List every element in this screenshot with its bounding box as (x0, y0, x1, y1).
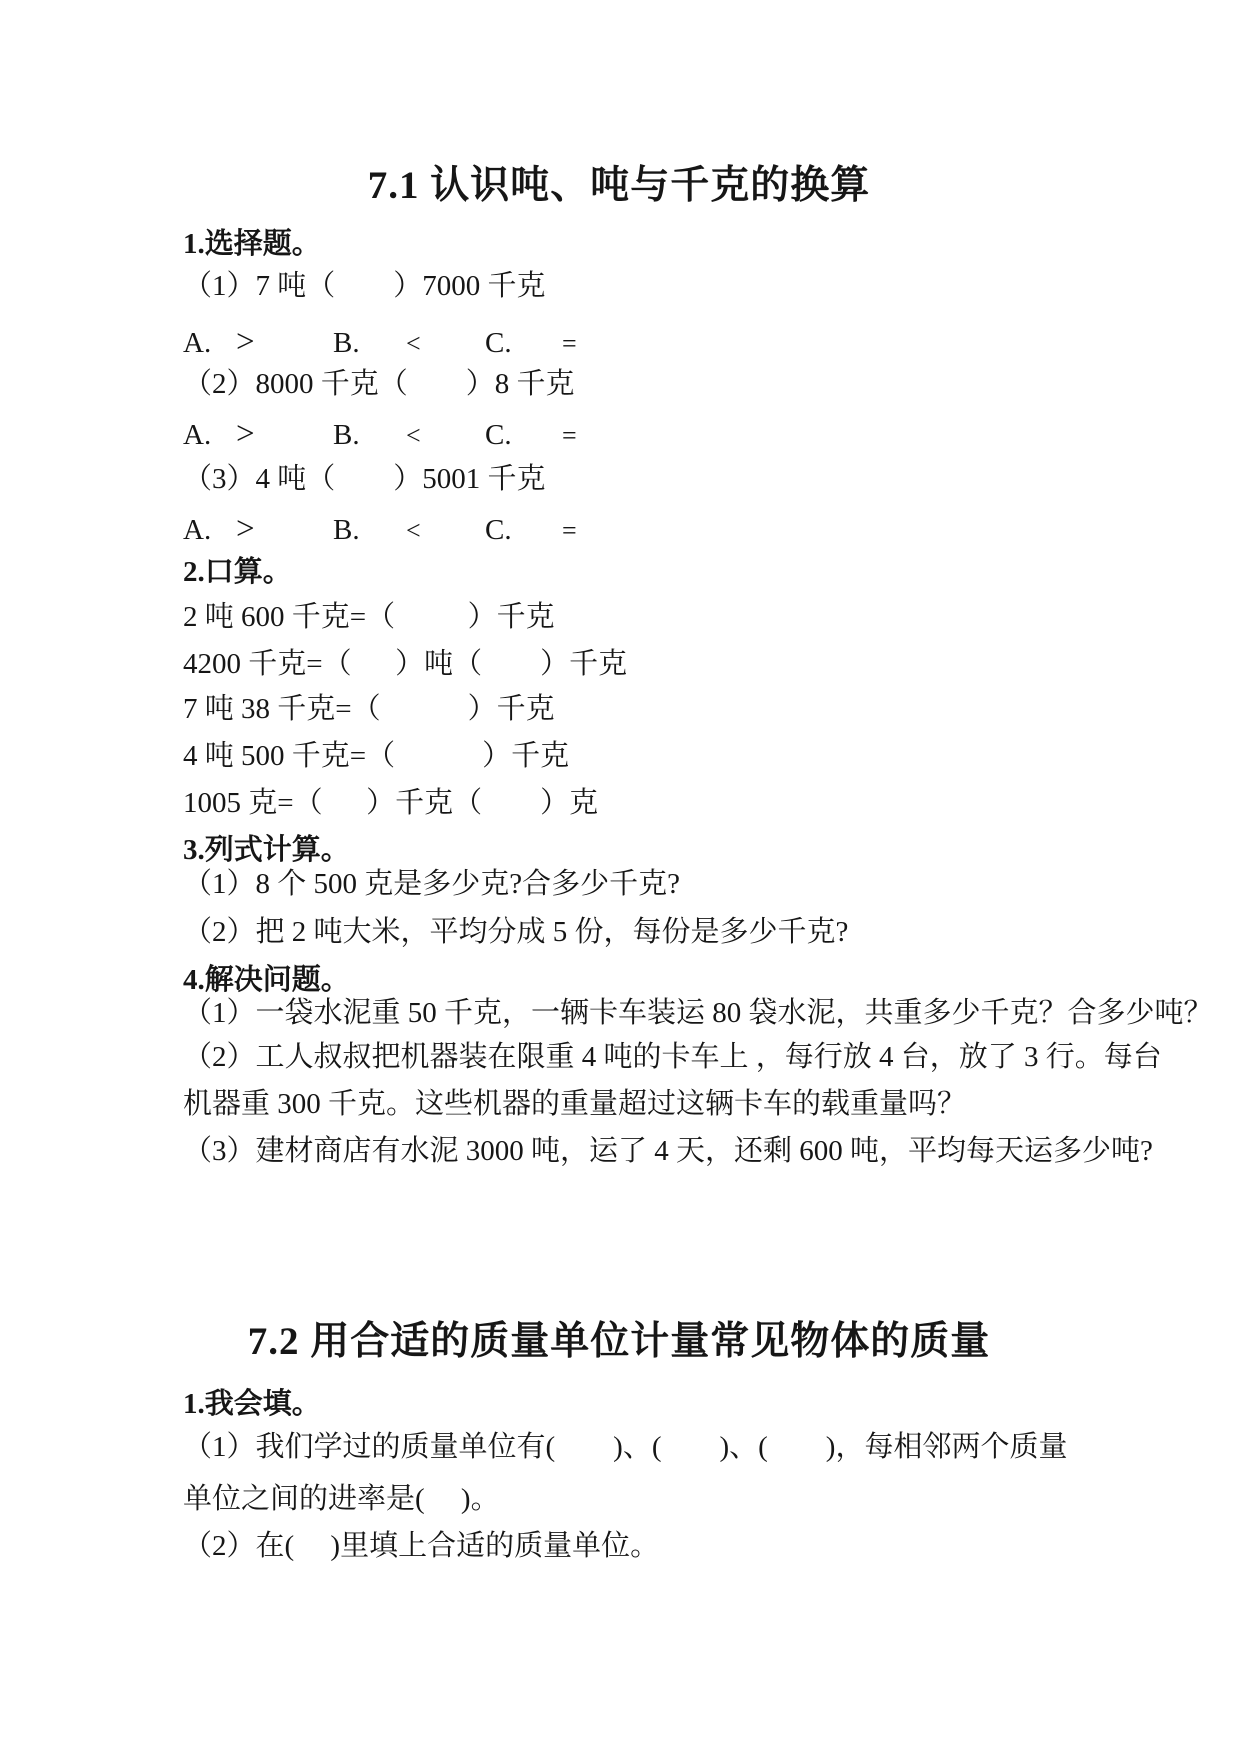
q2-line-1: 2 吨 600 千克=（ ）千克 (183, 599, 555, 635)
section-7-2-title: 7.2 用合适的质量单位计量常见物体的质量 (183, 1318, 1055, 1367)
option-c-value: = (562, 515, 577, 548)
q3-item-2: （2）把 2 吨大米，平均分成 5 份，每份是多少千克? (183, 914, 848, 950)
option-c-label: C. (485, 512, 562, 548)
option-b-value: < (406, 328, 485, 361)
option-b-label: B. (333, 417, 406, 453)
q1-item-2: （2）8000 千克（ ）8 千克 (183, 366, 575, 402)
q1-heading: 1.选择题。 (183, 226, 321, 262)
option-c-value: = (562, 420, 577, 453)
section-7-1-title: 7.1 认识吨、吨与千克的换算 (183, 162, 1055, 211)
q2-line-5: 1005 克=（ ）千克（ ）克 (183, 785, 598, 821)
s2-q1-item-1-line-2: 单位之间的进率是( )。 (183, 1481, 500, 1517)
option-b-label: B. (333, 325, 406, 361)
q1-options-row-2: A.>B.<C.= (183, 414, 577, 455)
q4-item-3: （3）建材商店有水泥 3000 吨，运了 4 天，还剩 600 吨，平均每天运多… (183, 1133, 1153, 1169)
option-a-value: > (236, 322, 333, 363)
option-a-label: A. (183, 325, 236, 361)
option-b-value: < (406, 420, 485, 453)
option-b-value: < (406, 515, 485, 548)
q4-item-2-line-2: 机器重 300 千克。这些机器的重量超过这辆卡车的载重量吗？ (183, 1086, 966, 1122)
option-a-label: A. (183, 417, 236, 453)
option-c-value: = (562, 328, 577, 361)
option-c-label: C. (485, 325, 562, 361)
s2-q1-item-2: （2）在( )里填上合适的质量单位。 (183, 1528, 659, 1564)
option-a-value: > (236, 509, 333, 550)
q1-item-3: （3）4 吨（ ）5001 千克 (183, 461, 546, 497)
option-a-label: A. (183, 512, 236, 548)
q3-heading: 3.列式计算。 (183, 832, 350, 868)
q4-item-2-line-1: （2）工人叔叔把机器装在限重 4 吨的卡车上 ，每行放 4 台，放了 3 行。每… (183, 1039, 1162, 1075)
q1-item-1: （1）7 吨（ ）7000 千克 (183, 268, 546, 304)
q2-line-4: 4 吨 500 千克=（ ）千克 (183, 738, 569, 774)
q2-heading: 2.口算。 (183, 554, 292, 590)
option-c-label: C. (485, 417, 562, 453)
option-a-value: > (236, 414, 333, 455)
q3-item-1: （1）8 个 500 克是多少克?合多少千克? (183, 866, 680, 902)
q4-item-1: （1）一袋水泥重 50 千克，一辆卡车装运 80 袋水泥，共重多少千克？合多少吨… (183, 995, 1213, 1031)
q1-options-row-3: A.>B.<C.= (183, 509, 577, 550)
q2-line-2: 4200 千克=（ ）吨（ ）千克 (183, 646, 627, 682)
q4-heading: 4.解决问题。 (183, 962, 350, 998)
worksheet-page: 7.1 认识吨、吨与千克的换算 1.选择题。 （1）7 吨（ ）7000 千克 … (0, 0, 1241, 1754)
q1-options-row-1: A.>B.<C.= (183, 322, 577, 363)
q2-line-3: 7 吨 38 千克=（ ）千克 (183, 691, 555, 727)
s2-q1-heading: 1.我会填。 (183, 1386, 321, 1422)
s2-q1-item-1-line-1: （1）我们学过的质量单位有( )、( )、( )，每相邻两个质量 (183, 1429, 1067, 1465)
option-b-label: B. (333, 512, 406, 548)
